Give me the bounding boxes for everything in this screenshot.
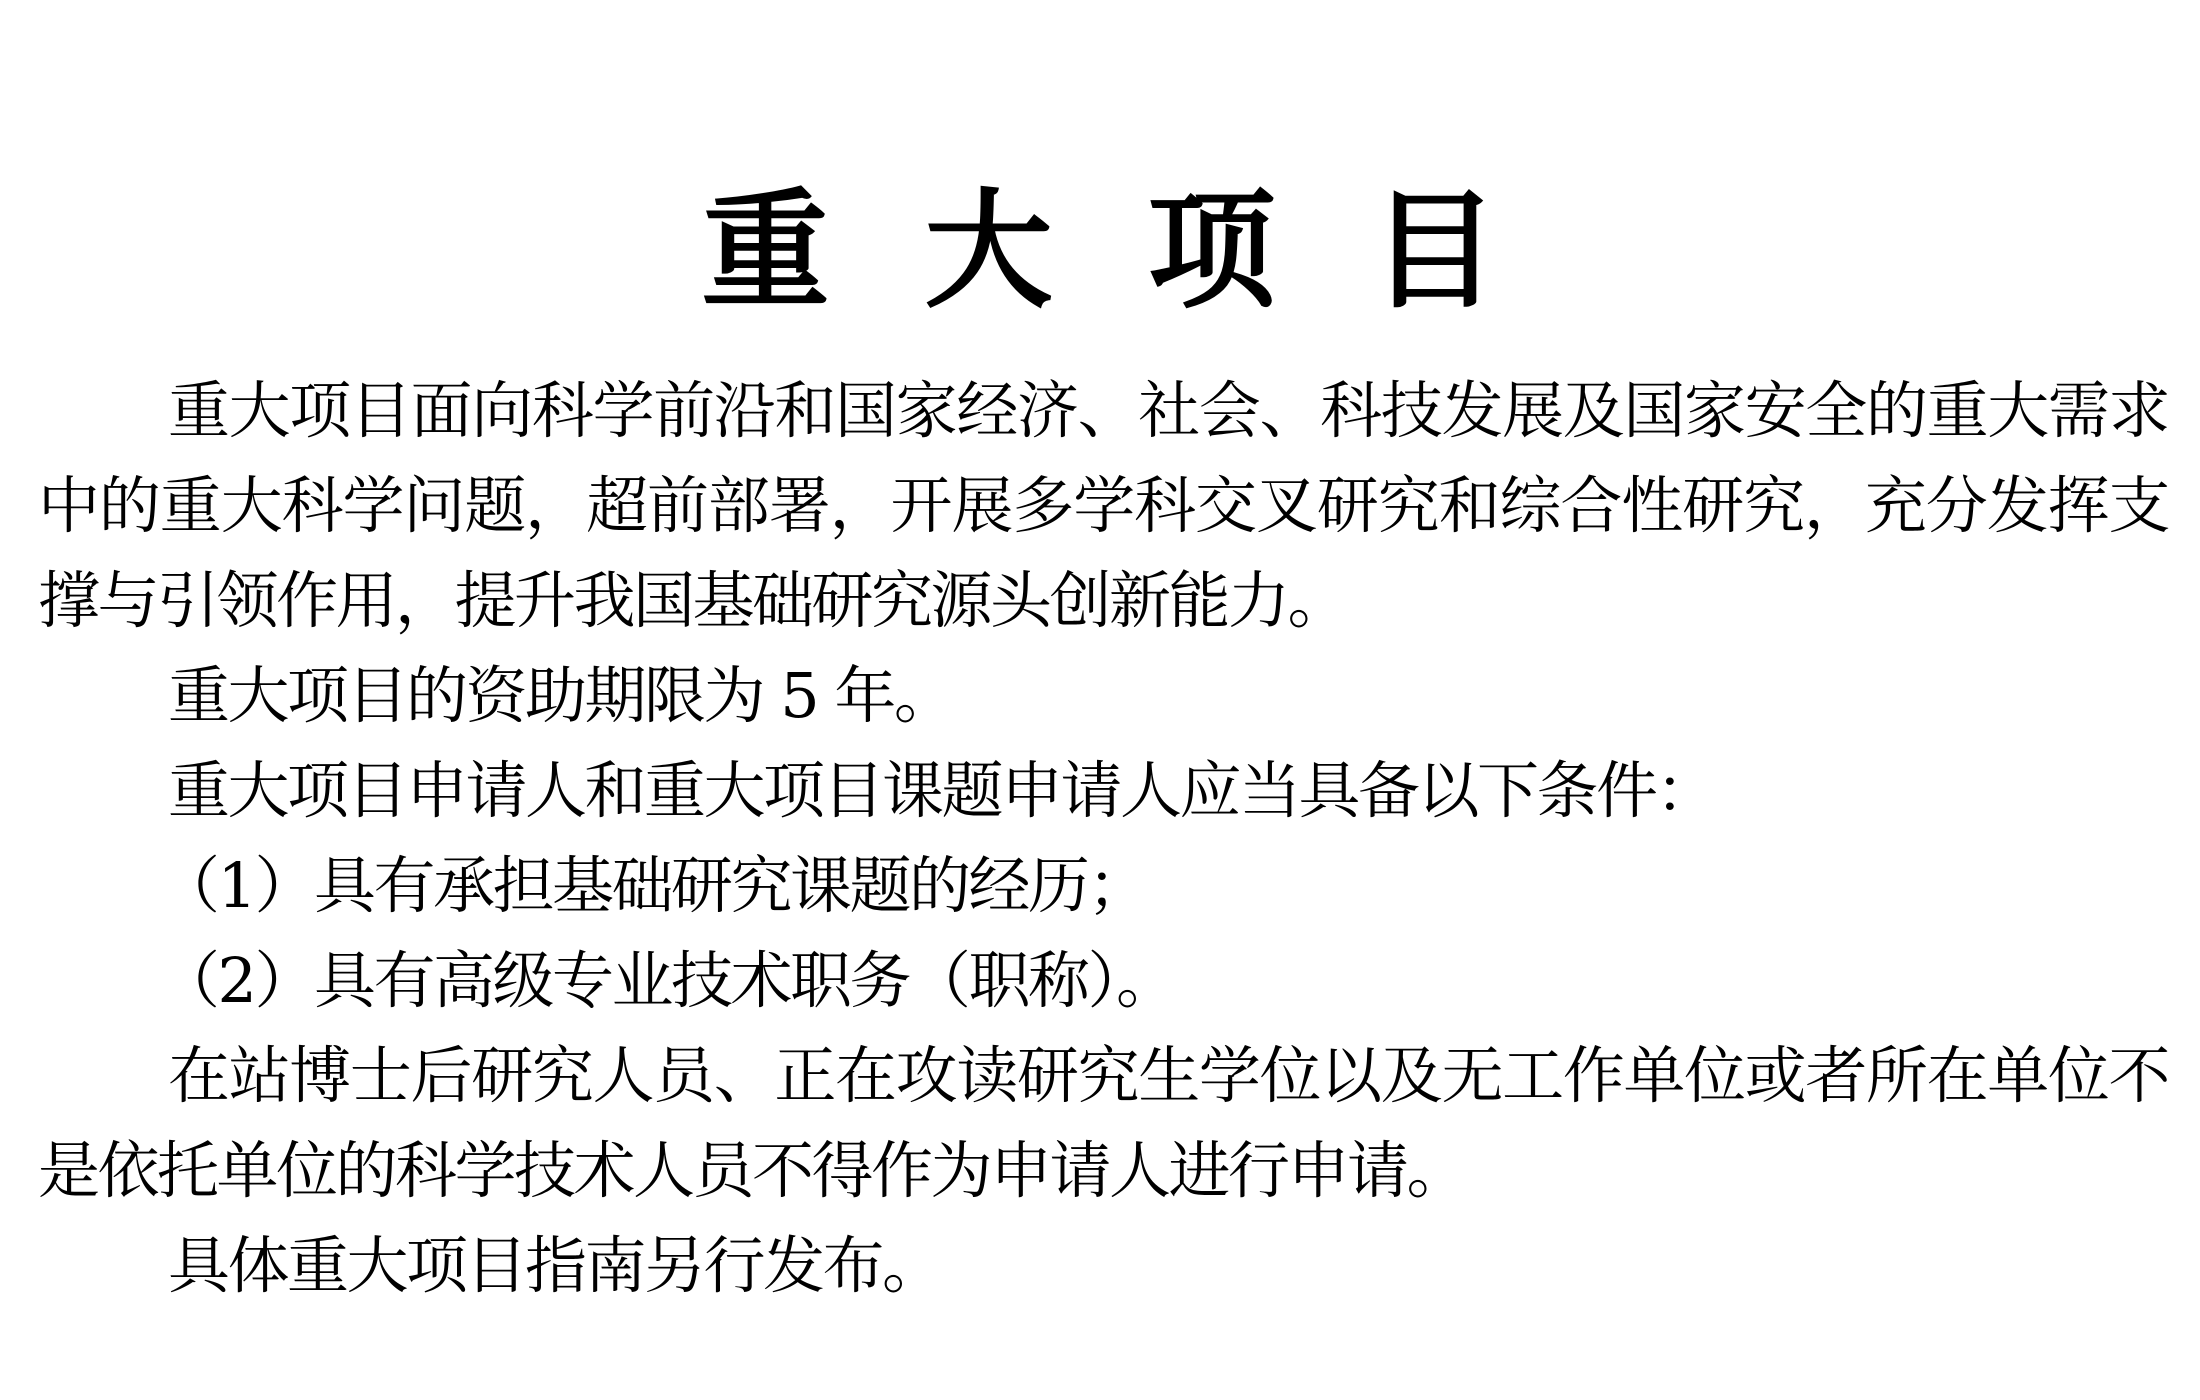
- document-page: 重大项目 重大项目面向科学前沿和国家经济、社会、科技发展及国家安全的重大需求中的…: [0, 0, 2200, 1400]
- paragraph-guide-notice: 具体重大项目指南另行发布。: [38, 1218, 2168, 1313]
- eligibility-item-2: （2）具有高级专业技术职务（职称）。: [38, 933, 2168, 1028]
- paragraph-restrictions: 在站博士后研究人员、正在攻读研究生学位以及无工作单位或者所在单位不是依托单位的科…: [38, 1028, 2168, 1218]
- document-body: 重大项目面向科学前沿和国家经济、社会、科技发展及国家安全的重大需求中的重大科学问…: [38, 363, 2168, 1313]
- page-title: 重大项目: [0, 181, 2200, 321]
- paragraph-overview: 重大项目面向科学前沿和国家经济、社会、科技发展及国家安全的重大需求中的重大科学问…: [38, 363, 2168, 648]
- eligibility-item-1: （1）具有承担基础研究课题的经历；: [38, 838, 2168, 933]
- paragraph-eligibility-intro: 重大项目申请人和重大项目课题申请人应当具备以下条件：: [38, 743, 2168, 838]
- paragraph-funding-period: 重大项目的资助期限为 5 年。: [38, 648, 2168, 743]
